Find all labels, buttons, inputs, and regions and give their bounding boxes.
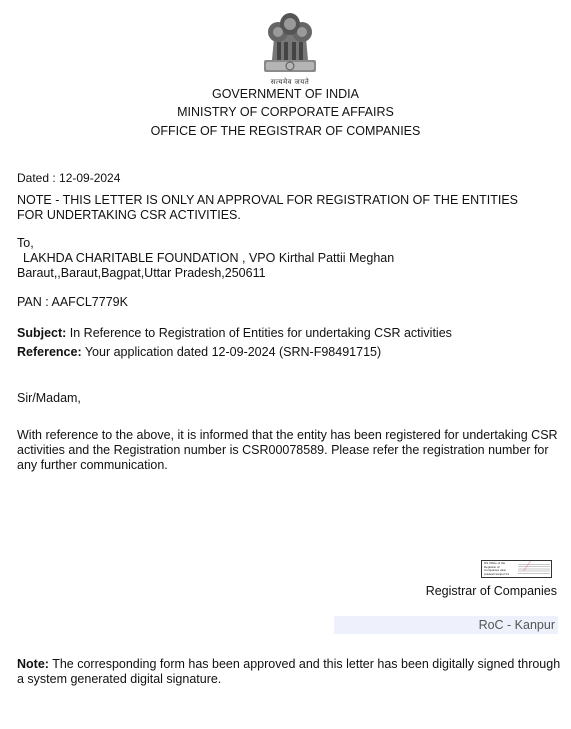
subject-line: Subject: In Reference to Registration of…: [17, 326, 452, 341]
signature-check-mark-icon: [523, 560, 543, 578]
signatory-title: Registrar of Companies: [426, 584, 557, 598]
footer-note-label: Note:: [17, 657, 49, 671]
address-line-1: LAKHDA CHARITABLE FOUNDATION , VPO Kirth…: [23, 251, 394, 266]
approval-note: NOTE - THIS LETTER IS ONLY AN APPROVAL F…: [17, 193, 547, 223]
body-paragraph: With reference to the above, it is infor…: [17, 428, 565, 473]
digital-signature-stamp[interactable]: DS Office of the Registrar of Companies …: [481, 560, 552, 578]
subject-text: In Reference to Registration of Entities…: [66, 326, 452, 340]
reference-text: Your application dated 12-09-2024 (SRN-F…: [82, 345, 382, 359]
signature-stamp-text: DS Office of the Registrar of Companies …: [484, 562, 514, 576]
letter-date: Dated : 12-09-2024: [17, 171, 120, 185]
pan-number: PAN : AAFCL7779K: [17, 295, 128, 309]
emblem-motto: सत्यमेव जयते: [240, 78, 340, 87]
salutation: Sir/Madam,: [17, 391, 81, 405]
national-emblem-icon: [250, 8, 330, 86]
subject-label: Subject:: [17, 326, 66, 340]
reference-label: Reference:: [17, 345, 82, 359]
office-name: RoC - Kanpur: [479, 618, 555, 632]
header-government: GOVERNMENT OF INDIA: [0, 87, 571, 102]
header-office: OFFICE OF THE REGISTRAR OF COMPANIES: [0, 124, 571, 139]
header-ministry: MINISTRY OF CORPORATE AFFAIRS: [0, 105, 571, 120]
to-label: To,: [17, 236, 34, 251]
reference-line: Reference: Your application dated 12-09-…: [17, 345, 381, 360]
footer-note: Note: The corresponding form has been ap…: [17, 657, 567, 687]
footer-note-text: The corresponding form has been approved…: [17, 657, 560, 686]
address-line-2: Baraut,,Baraut,Bagpat,Uttar Pradesh,2506…: [17, 266, 266, 281]
